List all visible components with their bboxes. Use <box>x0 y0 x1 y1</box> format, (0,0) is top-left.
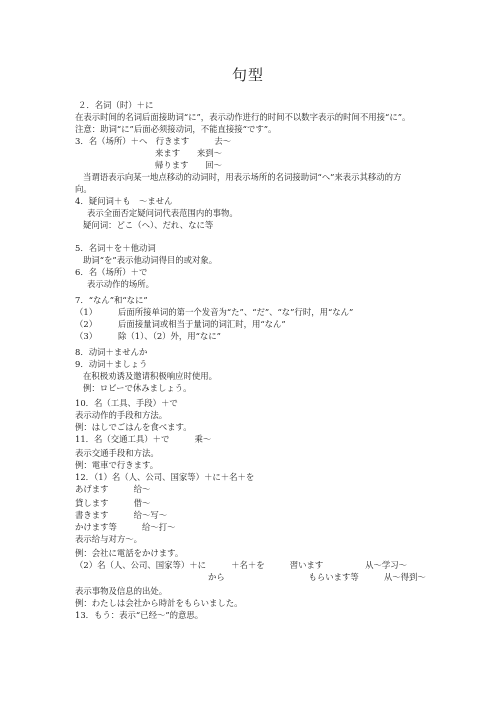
text-line: 在积极劝诱及邀请积极响应时使用。 <box>83 371 217 381</box>
text-line: 8．动词＋ませんか <box>75 347 147 357</box>
text-line: 来ます 来到～ <box>155 148 222 158</box>
text-line: 表示给与对方～。 <box>75 534 142 544</box>
text-line: 11．名（交通工具）＋で 乘～ <box>75 434 211 444</box>
text-line: 例：はしでごはんを食べます。 <box>75 422 192 432</box>
text-line: 13．もう：表示“已经～”的意思。 <box>75 610 203 620</box>
text-line: 6．名（场所）＋で <box>75 267 147 277</box>
text-line: 帰ります 回～ <box>155 160 222 170</box>
text-line: 例：わたしは会社から時計をもらいました。 <box>75 598 243 608</box>
text-line: 向。 <box>75 184 92 194</box>
text-line: 書きます 给～写～ <box>75 510 167 520</box>
text-line: 表示事物及信息的出处。 <box>75 586 167 596</box>
text-line: から もらいます等 从～得到～ <box>208 572 426 582</box>
text-line: 表示动作的场所。 <box>87 279 154 289</box>
text-line: 12．（1）名（人、公司、国家等）＋に＋名＋を <box>75 472 254 482</box>
text-line: あげます 给～ <box>75 484 150 494</box>
text-line: 5．名词＋を＋他动词 <box>75 243 156 253</box>
text-line: （2）名（人、公司、国家等）＋に ＋名＋を 習います 从～学习～ <box>75 560 407 570</box>
page-title: 句型 <box>0 64 496 85</box>
text-line: 助词“を”表示他动词得目的或对象。 <box>83 255 217 265</box>
text-line: ２．名词（时）＋に <box>78 100 153 110</box>
text-line: 注意：助词“に”后面必须接动词，不能直接接“です”。 <box>75 124 276 134</box>
document-page: 句型 ２．名词（时）＋に在表示时间的名词后面接助词“に”，表示动作进行的时间不以… <box>0 0 496 702</box>
text-line: 9．动词＋ましょう <box>75 359 147 369</box>
text-line: 4．疑问词＋も ～ません <box>75 196 172 206</box>
text-line: 表示交通手段和方法。 <box>75 448 159 458</box>
text-line: 当谓语表示向某一地点移动的动词时，用表示场所的名词接助词“へ”来表示其移动的方 <box>83 172 401 182</box>
text-line: 貸します 借～ <box>75 498 150 508</box>
text-line: 7．“なん”和“なに” <box>75 295 148 305</box>
text-line: 表示动作的手段和方法。 <box>75 410 167 420</box>
text-line: （3） 除（1）、（2）外，用“なに” <box>75 331 221 341</box>
text-line: 疑问词：どこ（へ）、だれ、なに等 <box>83 220 213 230</box>
text-line: 例：電車で行きます。 <box>75 460 158 470</box>
text-line: 3．名（场所）＋へ 行きます 去～ <box>75 136 231 146</box>
text-line: 在表示时间的名词后面接助词“に”，表示动作进行的时间不以数字表示的时间不用接“に… <box>75 112 410 122</box>
text-line: 例：会社に電話をかけます。 <box>75 548 183 558</box>
text-line: 例：ロビーで休みましょう。 <box>83 383 192 393</box>
text-line: （2） 后面接量词或相当于量词的词汇时，用“なん” <box>75 319 286 329</box>
text-line: （1） 后面所接单词的第一个发音为“た”、“だ”、“な”行时，用“なん” <box>75 307 353 317</box>
text-line: かけます等 给～打～ <box>75 522 176 532</box>
text-line: 10．名（工具、手段）＋で <box>75 398 178 408</box>
text-line: 表示全面否定疑问词代表范围内的事物。 <box>87 208 238 218</box>
